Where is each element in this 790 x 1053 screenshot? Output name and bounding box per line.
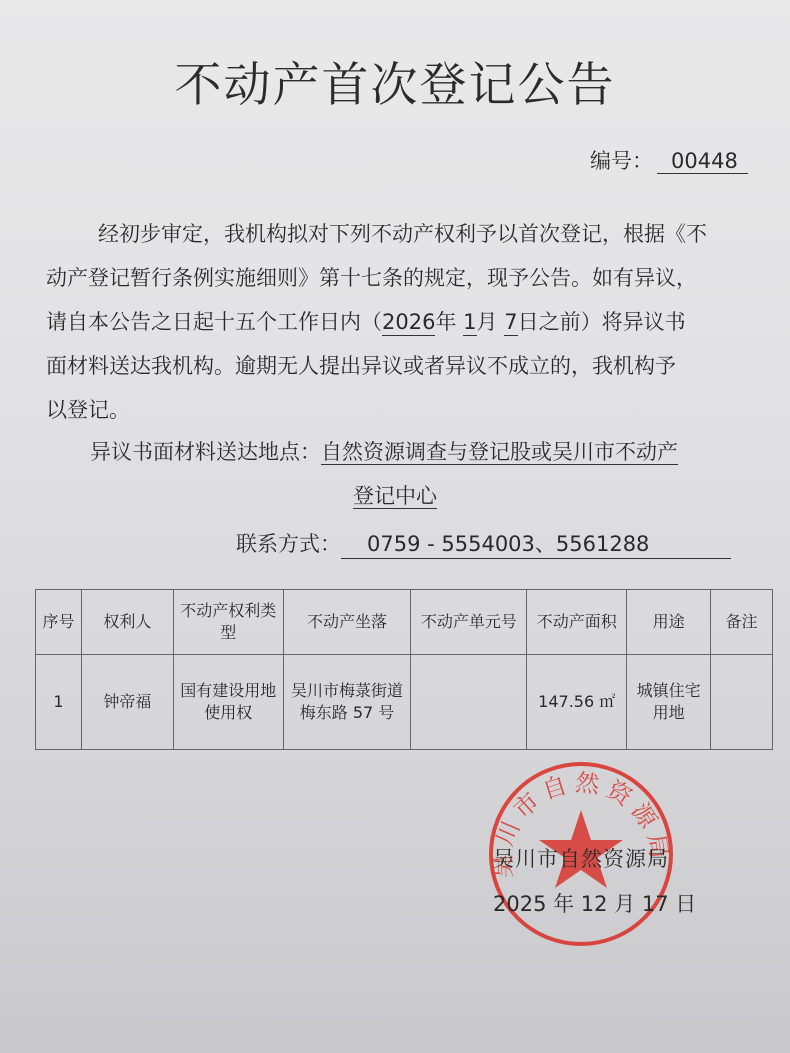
- doc-number-label: 编号：: [590, 149, 653, 173]
- objection-address-value: 自然资源调查与登记股或吴川市不动产: [321, 440, 678, 465]
- cell-index: 1: [36, 655, 82, 750]
- body-line-1: 经初步审定，我机构拟对下列不动产权利予以首次登记，根据《不: [46, 212, 756, 256]
- col-header-usage: 用途: [627, 590, 711, 655]
- deadline-month: 1: [463, 310, 476, 336]
- cell-right-type: 国有建设用地使用权: [173, 655, 283, 750]
- deadline-year-unit: 年: [435, 310, 456, 334]
- doc-number: 编号：00448: [590, 145, 748, 175]
- issue-date: 2025 年 12 月 17 日: [493, 888, 696, 918]
- doc-number-value: 00448: [657, 149, 748, 174]
- col-header-area: 不动产面积: [527, 590, 627, 655]
- col-header-location: 不动产坐落: [283, 590, 411, 655]
- objection-address: 异议书面材料送达地点：自然资源调查与登记股或吴川市不动产: [90, 436, 678, 466]
- col-header-remark: 备注: [711, 590, 773, 655]
- body-line-4: 以登记。: [46, 388, 756, 432]
- deadline-day: 7: [504, 310, 517, 336]
- notice-body: 经初步审定，我机构拟对下列不动产权利予以首次登记，根据《不 动产登记暂行条例实施…: [46, 212, 756, 432]
- objection-address-cont: 登记中心: [353, 480, 437, 510]
- body-line-2: 动产登记暂行条例实施细则》第十七条的规定，现予公告。如有异议，: [46, 256, 756, 300]
- cell-unit-no: [411, 655, 527, 750]
- col-header-holder: 权利人: [81, 590, 173, 655]
- deadline-month-unit: 月: [477, 310, 498, 334]
- objection-address-label: 异议书面材料送达地点：: [90, 440, 321, 464]
- issuer-name: 吴川市自然资源局: [493, 843, 669, 873]
- contact-value: 0759 - 5554003、5561288: [341, 528, 731, 559]
- col-header-unit-no: 不动产单元号: [411, 590, 527, 655]
- cell-usage: 城镇住宅用地: [627, 655, 711, 750]
- deadline-line: 请自本公告之日起十五个工作日内（2026年 1月 7日之前）将异议书: [46, 300, 756, 344]
- deadline-suffix: 日之前）将异议书: [518, 310, 686, 334]
- body-line-3: 面材料送达我机构。逾期无人提出异议或者异议不成立的，我机构予: [46, 344, 756, 388]
- col-header-right-type: 不动产权利类型: [173, 590, 283, 655]
- page-title: 不动产首次登记公告: [0, 48, 790, 115]
- deadline-year: 2026: [382, 310, 435, 336]
- contact-label: 联系方式：: [236, 532, 341, 556]
- cell-location: 吴川市梅菉街道梅东路 57 号: [283, 655, 411, 750]
- cell-holder: 钟帝福: [81, 655, 173, 750]
- col-header-index: 序号: [36, 590, 82, 655]
- contact-info: 联系方式：0759 - 5554003、5561288: [236, 528, 731, 559]
- table-header-row: 序号 权利人 不动产权利类型 不动产坐落 不动产单元号 不动产面积 用途 备注: [36, 590, 773, 655]
- table-row: 1 钟帝福 国有建设用地使用权 吴川市梅菉街道梅东路 57 号 147.56 ㎡…: [36, 655, 773, 750]
- cell-area: 147.56 ㎡: [527, 655, 627, 750]
- objection-address-value-2: 登记中心: [353, 484, 437, 509]
- deadline-prefix: 请自本公告之日起十五个工作日内（: [46, 310, 382, 334]
- property-table: 序号 权利人 不动产权利类型 不动产坐落 不动产单元号 不动产面积 用途 备注 …: [35, 589, 773, 750]
- cell-remark: [711, 655, 773, 750]
